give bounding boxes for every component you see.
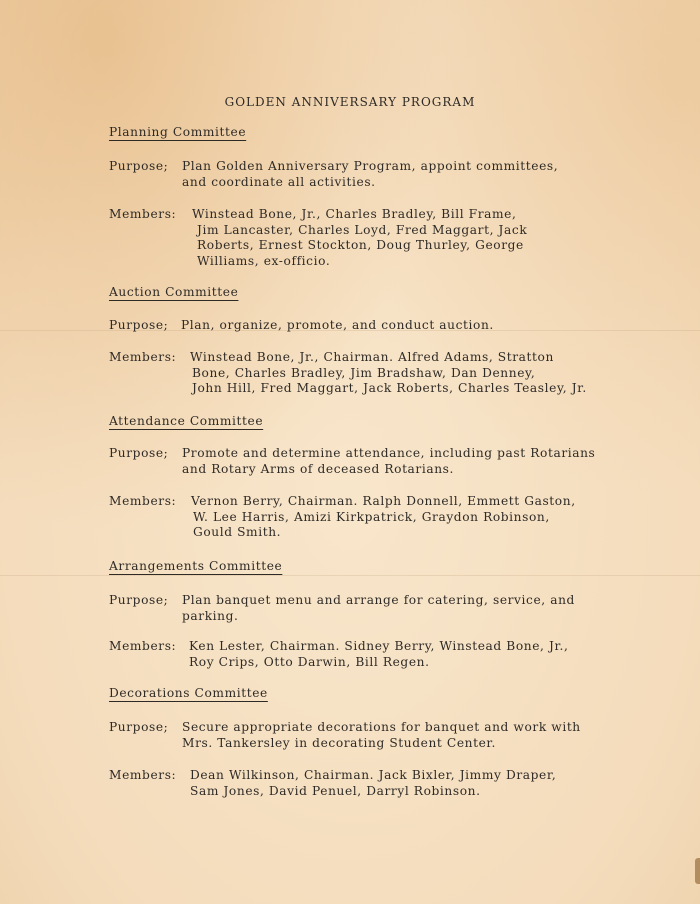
members-line: John Hill, Fred Maggart, Jack Roberts, C… (192, 381, 587, 397)
paper-stain (695, 858, 700, 884)
purpose-line: Promote and determine attendance, includ… (182, 446, 595, 462)
members-label: Members: (109, 639, 176, 655)
document-title: GOLDEN ANNIVERSARY PROGRAM (0, 95, 700, 109)
purpose-line: Plan banquet menu and arrange for cateri… (182, 593, 575, 609)
purpose-label: Purpose; (109, 593, 168, 609)
members-label: Members: (109, 494, 176, 510)
committee-heading-attendance: Attendance Committee (109, 414, 263, 428)
committee-heading-auction: Auction Committee (109, 285, 238, 299)
purpose-line: Plan Golden Anniversary Program, appoint… (182, 159, 558, 175)
members-line: Vernon Berry, Chairman. Ralph Donnell, E… (191, 494, 576, 510)
committee-heading-decorations: Decorations Committee (109, 686, 268, 700)
members-line: Gould Smith. (193, 525, 576, 541)
purpose-label: Purpose; (109, 720, 168, 736)
members-label: Members: (109, 207, 176, 223)
members-line: Roberts, Ernest Stockton, Doug Thurley, … (197, 238, 527, 254)
purpose-line: Plan, organize, promote, and conduct auc… (181, 318, 494, 334)
committee-heading-planning: Planning Committee (109, 125, 246, 139)
paper-fold-line (0, 575, 700, 576)
members-label: Members: (109, 768, 176, 784)
members-line: Winstead Bone, Jr., Chairman. Alfred Ada… (190, 350, 587, 366)
members-line: Winstead Bone, Jr., Charles Bradley, Bil… (192, 207, 527, 223)
members-line: Bone, Charles Bradley, Jim Bradshaw, Dan… (192, 366, 587, 382)
members-line: Ken Lester, Chairman. Sidney Berry, Wins… (189, 639, 569, 655)
members-line: Jim Lancaster, Charles Loyd, Fred Maggar… (197, 223, 527, 239)
members-line: Williams, ex-officio. (197, 254, 527, 270)
purpose-label: Purpose; (109, 318, 168, 334)
members-label: Members: (109, 350, 176, 366)
purpose-line: and coordinate all activities. (182, 175, 558, 191)
purpose-line: parking. (182, 609, 575, 625)
members-line: Roy Crips, Otto Darwin, Bill Regen. (189, 655, 569, 671)
members-line: W. Lee Harris, Amizi Kirkpatrick, Graydo… (193, 510, 576, 526)
members-line: Dean Wilkinson, Chairman. Jack Bixler, J… (190, 768, 556, 784)
purpose-line: Secure appropriate decorations for banqu… (182, 720, 581, 736)
members-line: Sam Jones, David Penuel, Darryl Robinson… (190, 784, 556, 800)
purpose-line: and Rotary Arms of deceased Rotarians. (182, 462, 595, 478)
purpose-line: Mrs. Tankersley in decorating Student Ce… (182, 736, 581, 752)
purpose-label: Purpose; (109, 446, 168, 462)
purpose-label: Purpose; (109, 159, 168, 175)
document-page: GOLDEN ANNIVERSARY PROGRAM Planning Comm… (0, 0, 700, 904)
committee-heading-arrangements: Arrangements Committee (109, 559, 282, 573)
